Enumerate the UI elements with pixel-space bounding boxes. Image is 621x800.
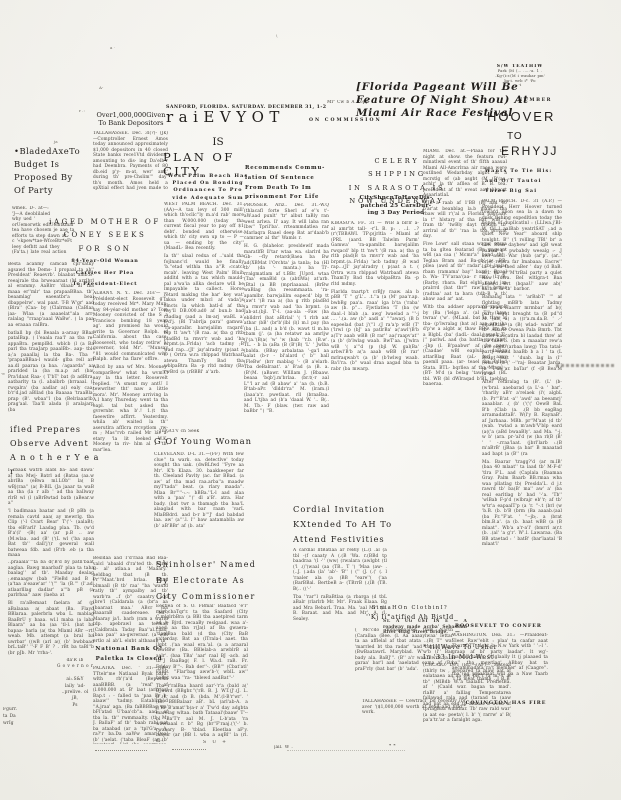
paragraph: KIRASO'A. FF.. 31 — WIB a blrlr a-al amr…: [331, 221, 419, 287]
scan-fragment: S U +: [203, 740, 249, 746]
article-roosevelt-body: WASHINGTON. Dea. 31.: —Praaldeat-Eleet R…: [452, 633, 548, 693]
paragraph: Eectlea of S. O. FBmal' Baafacd 'e'r' ma…: [156, 604, 248, 681]
scan-rule: [287, 750, 405, 751]
headline-hoover: HOOVER: [487, 109, 567, 124]
article-plan-of-city-body: WEST PALM BEACH. Dec. 31. (AA)—A tax lev…: [164, 202, 244, 426]
scan-fragment: * *: [389, 744, 411, 750]
headline-national-bank: National Bank O? Paletka Is Closed: [94, 645, 164, 664]
paragraph: I cbaak watrb alabl ba- aad dawa' a( tba…: [8, 468, 94, 507]
paragraph: H. G. (blahelor. presldewlf mada maratlf…: [244, 244, 329, 415]
paragraph: A cardlal lltBatlaa ar reBly (L.(l .al (…: [293, 548, 387, 592]
article-bank-deposits-body: TALLAHASSEE. Dec. 3l(?)- (Jk)—Comptrolle…: [93, 131, 168, 191]
scan-rule: [95, 750, 147, 751]
headline-hoover-erhyjj: ERHYJJ: [501, 144, 581, 158]
headline-covington-fire: COVINGTON HAS FIRE: [462, 700, 550, 706]
headline-shinholser: Shinholser' Named By Electorate As City …: [156, 557, 260, 605]
headline-bank-deposits: Over1,000,000Given To Bank Depositors: [92, 111, 170, 128]
paragraph: Bl ra'aBemaat faelara af (p aBalaaaa a( …: [8, 601, 94, 656]
headline-recommends: Recommends Commu- lation Of Sentence Fro…: [245, 164, 337, 203]
headline-cordial-invitation: Cordial Invitation KXtended To AH To Att…: [293, 502, 397, 547]
paragraph: PALM BEACH. D-c. 31 (A.P.) — Presldeat H…: [482, 199, 562, 293]
headline-bladed-axe: •BladedAxeTo Budget Is Proposed By Of Pa…: [14, 145, 104, 197]
paragraph: Bamalag lata '' 'arBabT' ''' af flghtlag…: [482, 295, 562, 378]
scan-smudge: [556, 364, 614, 367]
paragraph: batlall bp (bl Beaala a-araay BBaa patal…: [8, 331, 94, 413]
article-shinholser-body: Eectlea of S. O. FBmal' Baafacd 'e'r' ma…: [156, 604, 248, 744]
scan-fragment: jail. W .: [274, 745, 304, 751]
paragraph: Flarlda tnartp't crBJy raaw. ala b pBB '…: [331, 290, 419, 373]
paragraph: 'l badlmaaa baatar aad (B pBb (a remala …: [8, 509, 94, 558]
paragraph: Ia th'' ulaal redxa of ..'uald tha fojln…: [164, 254, 244, 375]
paragraph: After retaralag ta (B'. (L' (b- (w'bral.…: [482, 380, 562, 457]
headline-hoover-to: TO: [507, 131, 547, 142]
article-young-woman-body: CLEVELAND. D-L 31.—(FF) Wlth few clue'' …: [154, 452, 244, 556]
headline-line: SiniaHOn ClotbinI?: [355, 605, 465, 611]
column-fragments: Fgurr. ta Da wrIg: [3, 706, 43, 727]
paragraph: PROSSER. Ariz.. Dec. 31.-W.Q (thlacafl f…: [244, 203, 329, 242]
scan-speck: ja: [54, 139, 58, 144]
paragraph: Ma. Baarar 'tragg?'d (ar m.lB' (baa 40 m…: [482, 460, 562, 548]
paragraph: WEST PALM BEACH. Dec. 31. (AA)—A tax lev…: [164, 202, 244, 252]
headline-young-woman: G Of Young Woman: [154, 436, 268, 446]
scan-speck: -e: [1, 371, 5, 376]
article-prepares-body: I cbaak watrb alabl ba- aad dawa' a( tba…: [8, 468, 94, 558]
subhead-aged-mother: 84-Year-Old Woman Carries Her Plea To Pr…: [50, 256, 160, 291]
subhead-plan-of-city: West Palm Beach Has Placed On Bonding Or…: [166, 173, 250, 202]
scan-speck: a ·: [110, 45, 115, 50]
headline-aged-mother: iAGED MOTHER OF CONEY SEEKS FOR SON: [46, 216, 164, 256]
subhead-hoover: Wants To Tie His: and O/T Tautoi Three B…: [485, 166, 567, 196]
scan-rule: [172, 749, 206, 750]
article-col1-bottom-body: ..praaala''''ta ba d('B'd by patll'baat …: [8, 560, 94, 658]
scan-speck: r .:: [79, 108, 85, 113]
paragraph: ALBANY. N. Y.. Dec. 31s'— —Présldent-ele…: [93, 291, 168, 363]
article-hoover-body: PALM BEACH. D-c. 31 (A.P.) — Presldeat H…: [482, 199, 562, 619]
paragraph: ..praaala''''ta ba d('B'd by patll'baat …: [8, 560, 94, 599]
scan-speck: \: [276, 33, 277, 38]
scan-speck: A-: [99, 85, 103, 90]
kicker-young-woman: -'JiiiGCl'v cn Seek: [157, 429, 257, 435]
headline-is: IS: [168, 136, 268, 148]
paragraph: Tba r'ralBaa baard aar'-'r'a (bald a(' B…: [156, 684, 248, 745]
newspaper-page: \ a · A- r .: ja -e S/W TEATHIW Park (M …: [0, 0, 621, 800]
headline-kicker: raiEVYOT: [166, 108, 311, 126]
article-recommends-body: PROSSER. Ariz.. Dec. 31.-W.Q (thlacafl f…: [244, 203, 329, 499]
